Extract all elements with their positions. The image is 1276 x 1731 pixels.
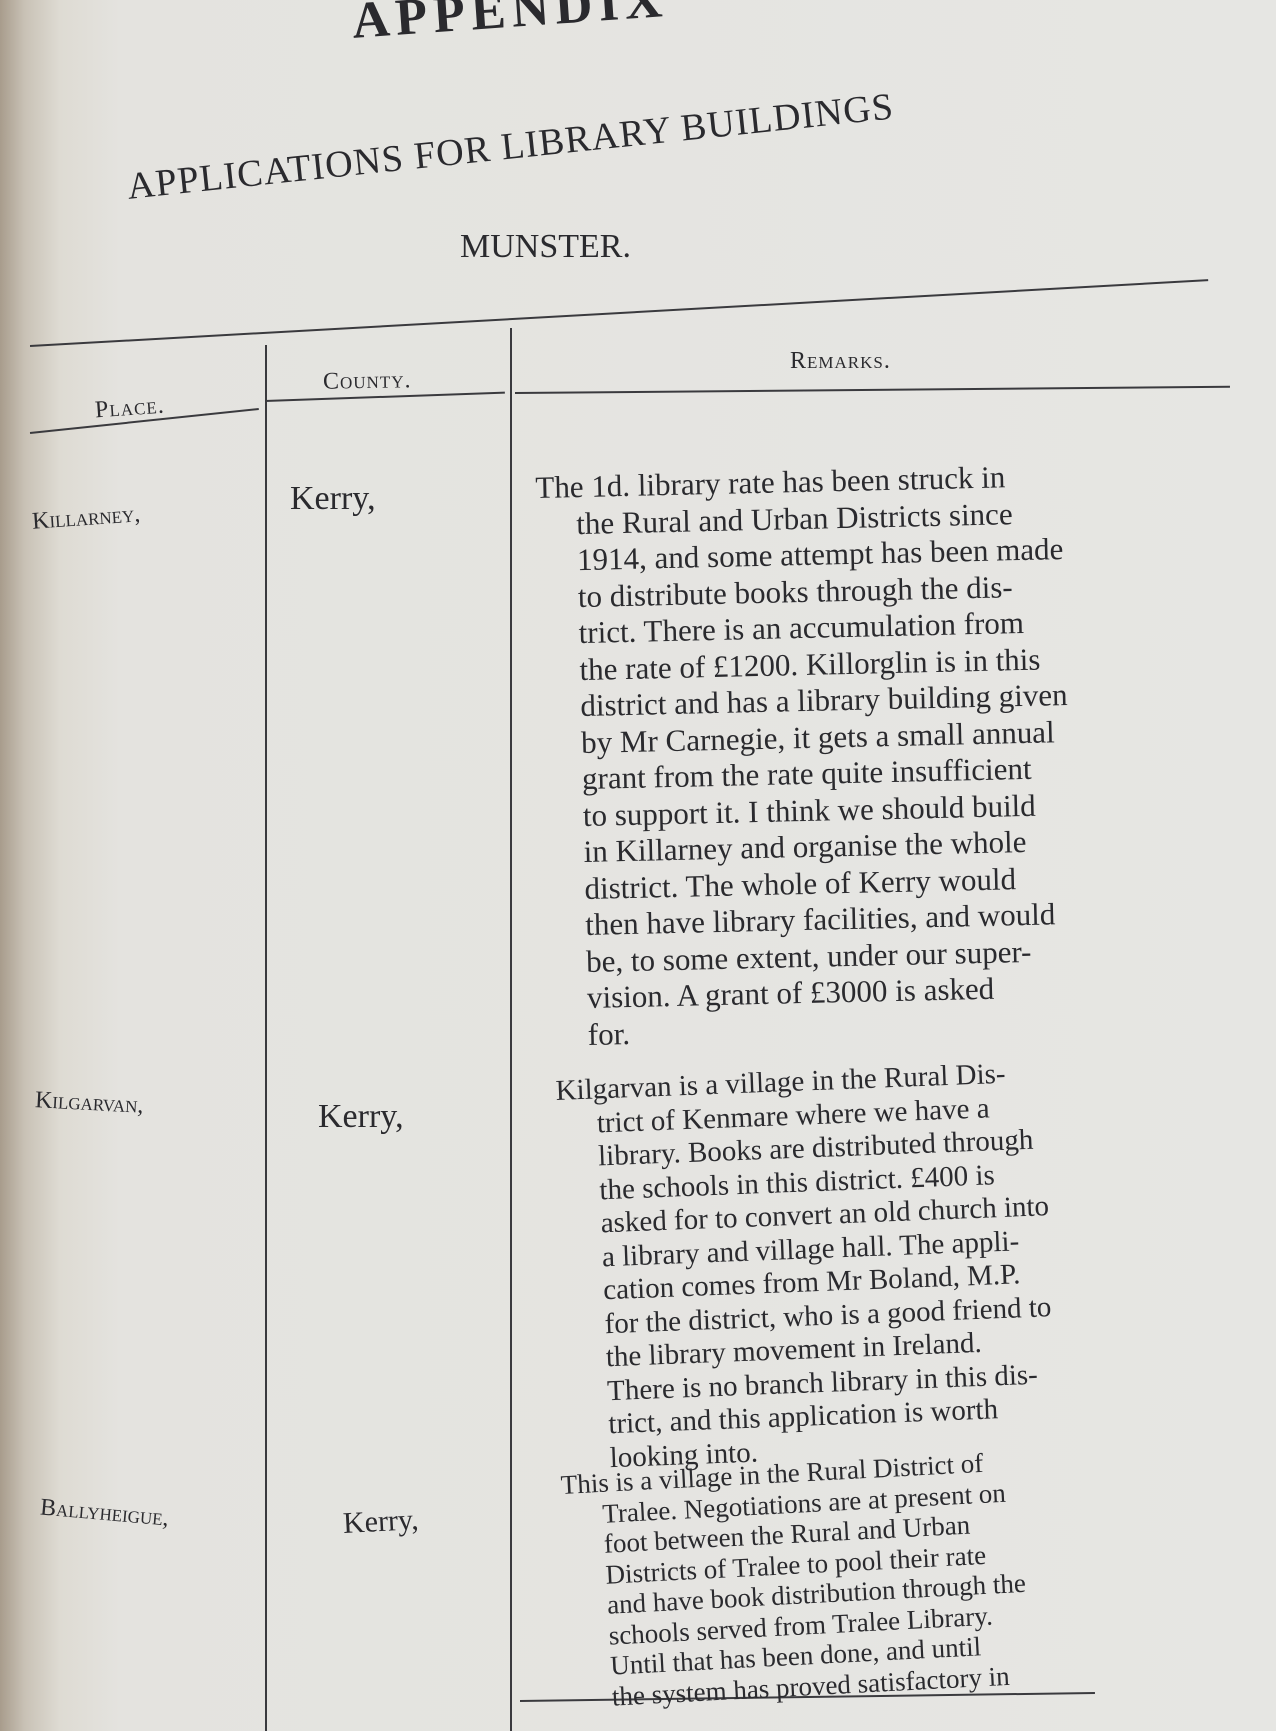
county-cell: Kerry, <box>290 480 376 518</box>
column-header-place: Place. <box>94 393 165 425</box>
book-page: APPENDIX APPLICATIONS FOR LIBRARY BUILDI… <box>0 0 1276 1731</box>
place-cell: Ballyheigue, <box>39 1494 170 1532</box>
page-subtitle: APPLICATIONS FOR LIBRARY BUILDINGS <box>125 84 896 208</box>
remarks-cell: Kilgarvan is a village in the Rural Dis-… <box>555 1054 1130 1477</box>
column-header-county: County. <box>323 367 412 396</box>
column-divider-1 <box>265 345 267 1731</box>
remarks-cell: The 1d. library rate has been struck in … <box>535 457 1108 1054</box>
region-heading: MUNSTER. <box>460 228 631 266</box>
column-header-remarks: Remarks. <box>790 348 891 375</box>
county-cell: Kerry, <box>342 1503 419 1541</box>
column-divider-2 <box>510 328 512 1731</box>
table-top-rule <box>30 279 1208 346</box>
header-bottom-rule-remarks <box>515 386 1230 394</box>
place-cell: Killarney, <box>31 501 141 535</box>
place-cell: Kilgarvan, <box>34 1087 144 1120</box>
page-title: APPENDIX <box>350 0 670 51</box>
county-cell: Kerry, <box>318 1098 404 1136</box>
remarks-cell: This is a village in the Rural District … <box>560 1443 1092 1714</box>
